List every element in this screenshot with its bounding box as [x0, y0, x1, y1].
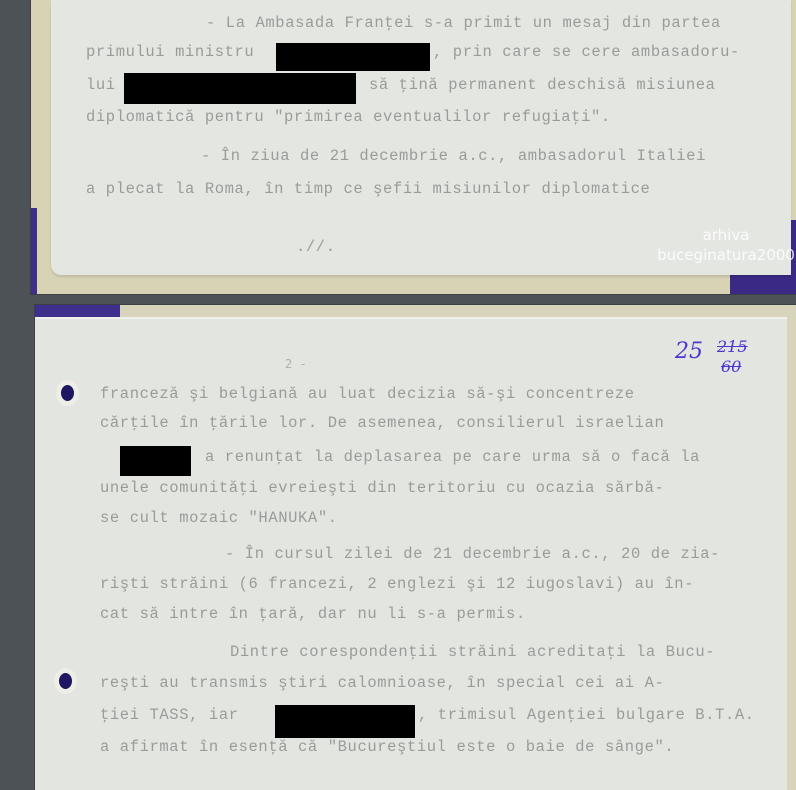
binder-edge [31, 208, 37, 294]
document-page: ────────────────────────────────────────… [51, 0, 791, 275]
struck-folio: 215 [717, 337, 748, 356]
text-line: - În cursul zilei de 21 decembrie a.c., … [225, 545, 720, 563]
text-line: a plecat la Roma, în timp ce şefii misiu… [86, 180, 650, 198]
watermark-line1: arhiva [651, 225, 796, 245]
text-line: a afirmat în esenţă că "Bucureştiul este… [100, 738, 674, 756]
text-line: , trimisul Agenţiei bulgare B.T.A. [418, 706, 755, 724]
watermark: arhiva buceginatura2000 [651, 225, 796, 265]
struck-folio: 60 [721, 357, 741, 376]
document-page: 2 - 25 215 60 franceză şi belgiană au lu… [35, 317, 787, 790]
redaction-block [120, 446, 191, 476]
text-line: diplomatică pentru "primirea eventualilo… [86, 108, 611, 126]
redaction-block [124, 73, 356, 104]
text-line: unele comunităţi evreieşti din teritoriu… [100, 479, 664, 497]
punch-hole [59, 673, 72, 689]
text-line: se cult mozaic "HANUKA". [100, 509, 338, 527]
redaction-block [276, 43, 430, 71]
text-line: franceză şi belgiană au luat decizia să-… [100, 385, 635, 403]
text-line: Dintre corespondenţii străini acreditaţi… [230, 643, 715, 661]
folio-number: 25 [675, 339, 703, 364]
redaction-block [275, 705, 415, 738]
watermark-line2: buceginatura2000 [651, 245, 796, 265]
text-line: lui [86, 76, 116, 94]
text-line: , prin care se cere ambasadoru- [433, 43, 740, 61]
document-scan-bottom: 2 - 25 215 60 franceză şi belgiană au lu… [35, 305, 796, 790]
text-line: să ţină permanent deschisă misiunea [369, 76, 716, 94]
text-line: ţiei TASS, iar [100, 706, 239, 724]
cut-off-line: ────────────────────────────────────────… [91, 0, 546, 6]
text-line: cărţile în ţările lor. De asemenea, cons… [100, 414, 664, 432]
text-line: a renunţat la deplasarea pe care urma să… [205, 448, 700, 466]
text-line: - La Ambasada Franţei s-a primit un mesa… [206, 14, 721, 32]
document-scan-top: ────────────────────────────────────────… [31, 0, 796, 294]
text-line: reşti au transmis ştiri calomnioase, în … [100, 674, 664, 692]
text-line: rişti străini (6 francezi, 2 englezi şi … [100, 575, 694, 593]
punch-hole [61, 385, 74, 401]
end-mark: .//. [296, 238, 336, 256]
page-number: 2 - [285, 357, 307, 371]
text-line: cat să intre în ţară, dar nu li s-a perm… [100, 605, 526, 623]
text-line: primului ministru [86, 43, 254, 61]
text-line: - În ziua de 21 decembrie a.c., ambasado… [201, 147, 706, 165]
